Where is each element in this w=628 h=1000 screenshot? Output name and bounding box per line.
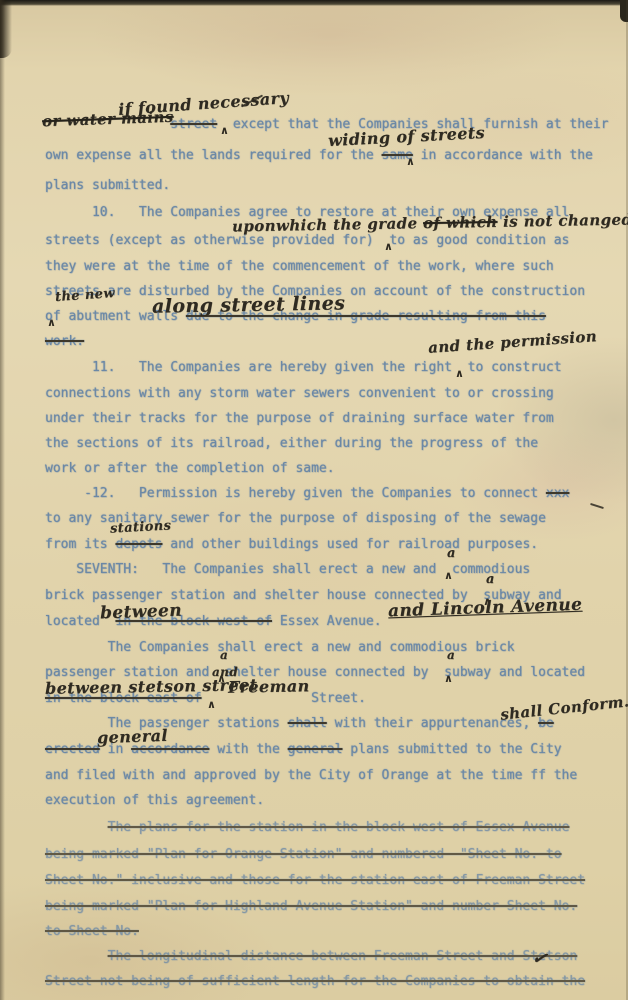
- handwritten-annotation: the new: [55, 286, 116, 305]
- text-segment: along street lines: [152, 292, 346, 317]
- typed-line: The Companies shall erect a new and comm…: [45, 640, 515, 655]
- caret-insertion-mark: ∧: [444, 674, 453, 684]
- text-segment: SEVENTH: The Companies shall erect a new…: [45, 562, 530, 577]
- caret-insertion-mark: ∧: [455, 369, 464, 379]
- text-segment: is not changed: [497, 211, 628, 231]
- struck-text: of which: [423, 213, 498, 232]
- scan-edge-left: [0, 0, 5, 1000]
- struck-text: Street not being of sufficient length fo…: [45, 974, 585, 989]
- struck-text: to Sheet No.: [45, 924, 139, 939]
- struck-text: depots: [115, 537, 162, 552]
- text-segment: and other buildings used for railroad pu…: [162, 537, 538, 552]
- text-segment: plans submitted.: [45, 178, 170, 193]
- typed-line: being marked "Plan for Highland Avenue S…: [45, 899, 577, 914]
- text-segment: own expense all the lands required for t…: [45, 148, 382, 163]
- caret-insertion-mark: ∧: [47, 318, 56, 328]
- handwritten-annotation: a: [447, 546, 456, 561]
- text-segment: and filed with and approved by the City …: [45, 768, 577, 783]
- handwritten-annotation: Freeman: [228, 676, 310, 696]
- struck-text: erected: [45, 742, 100, 757]
- typed-line: SEVENTH: The Companies shall erect a new…: [45, 562, 530, 577]
- caret-insertion-mark: ∧: [384, 242, 393, 252]
- caret-insertion-mark: ∧: [207, 700, 216, 710]
- struck-text: street: [170, 117, 217, 132]
- typed-line: being marked "Plan for Orange Station" a…: [45, 847, 562, 862]
- typed-line: streets (except as otherwise provided fo…: [45, 233, 569, 248]
- typed-line: work or after the completion of same.: [45, 461, 335, 476]
- typed-line: and filed with and approved by the City …: [45, 768, 577, 783]
- handwritten-annotation: and the permission: [428, 327, 598, 357]
- struck-text: being marked "Plan for Highland Avenue S…: [45, 899, 577, 914]
- struck-text: The plans for the station in the block w…: [108, 820, 570, 835]
- text-segment: Freeman: [228, 676, 310, 696]
- text-segment: streets (except as otherwise provided fo…: [45, 233, 569, 248]
- struck-text: shall: [288, 716, 327, 731]
- struck-text: being marked "Plan for Orange Station" a…: [45, 847, 562, 862]
- text-segment: the new: [55, 286, 116, 305]
- typed-line: from its depots and other buildings used…: [45, 537, 538, 552]
- document-page: street except that the Companies shall f…: [0, 0, 628, 1000]
- struck-text: work.: [45, 334, 84, 349]
- caret-insertion-mark: ∧: [483, 597, 492, 607]
- typed-line: under their tracks for the purpose of dr…: [45, 411, 554, 426]
- handwritten-annotation: a: [220, 648, 228, 662]
- text-segment: the sections of its railroad, either dur…: [45, 436, 538, 451]
- handwritten-annotation: general: [97, 726, 168, 747]
- typed-line: Street not being of sufficient length fo…: [45, 974, 585, 989]
- caret-insertion-mark: ∧: [444, 571, 453, 581]
- pen-stroke-mark: [590, 503, 604, 509]
- caret-insertion-mark: ∧: [406, 157, 415, 167]
- text-segment: a: [447, 546, 456, 561]
- text-segment: a: [220, 648, 228, 662]
- text-segment: connections with any storm water sewers …: [45, 386, 554, 401]
- text-segment: 11. The Companies are hereby given the r…: [45, 360, 562, 375]
- struck-text: Sheet No." inclusive and those for the s…: [45, 873, 585, 888]
- text-segment: from its: [45, 537, 115, 552]
- text-segment: ✓: [530, 947, 550, 971]
- typed-line: located in the block west of Essex Avenu…: [45, 614, 382, 629]
- text-segment: Essex Avenue.: [272, 614, 382, 629]
- text-segment: shall Conform.: [499, 692, 628, 723]
- caret-insertion-mark: ∧: [217, 674, 226, 684]
- typed-line: the sections of its railroad, either dur…: [45, 436, 538, 451]
- text-segment: they were at the time of the commencemen…: [45, 259, 554, 274]
- typed-line: connections with any storm water sewers …: [45, 386, 554, 401]
- text-segment: -12. Permission is hereby given the Comp…: [45, 486, 546, 501]
- caret-insertion-mark: ∧: [220, 126, 229, 136]
- text-segment: stations: [110, 518, 172, 536]
- handwritten-annotation: along street lines: [152, 292, 346, 317]
- typed-line: plans submitted.: [45, 178, 170, 193]
- typed-line: own expense all the lands required for t…: [45, 148, 593, 163]
- text-segment: [45, 949, 108, 964]
- text-segment: a: [486, 572, 495, 587]
- text-segment: in accordance with the: [413, 148, 593, 163]
- handwritten-annotation: between: [100, 601, 183, 624]
- struck-text: xxx: [546, 486, 569, 501]
- typed-line: The longitudinal distance between Freema…: [45, 949, 577, 964]
- text-segment: a: [447, 648, 455, 662]
- typed-line: The plans for the station in the block w…: [45, 820, 569, 835]
- handwritten-annotation: ✓: [530, 947, 550, 971]
- text-segment: [45, 820, 108, 835]
- text-segment: under their tracks for the purpose of dr…: [45, 411, 554, 426]
- text-segment: general: [97, 726, 168, 747]
- typed-line: -12. Permission is hereby given the Comp…: [45, 486, 569, 501]
- text-segment: work or after the completion of same.: [45, 461, 335, 476]
- handwritten-annotation: stations: [110, 518, 172, 536]
- typed-line: 11. The Companies are hereby given the r…: [45, 360, 562, 375]
- typed-line: to Sheet No.: [45, 924, 139, 939]
- text-segment: The Companies shall erect a new and comm…: [45, 640, 515, 655]
- struck-text: The longitudinal distance between Freema…: [108, 949, 578, 964]
- handwritten-annotation: shall Conform.: [499, 692, 628, 723]
- typed-line: work.: [45, 334, 84, 349]
- text-segment: between: [100, 601, 183, 624]
- text-segment: plans submitted to the City: [342, 742, 561, 757]
- text-segment: and the permission: [428, 327, 598, 357]
- text-segment: with the: [209, 742, 287, 757]
- typed-line: execution of this agreement.: [45, 793, 264, 808]
- typed-line: Sheet No." inclusive and those for the s…: [45, 873, 585, 888]
- struck-text: general: [288, 742, 343, 757]
- text-segment: execution of this agreement.: [45, 793, 264, 808]
- scan-edge-top: [0, 0, 628, 6]
- text-segment: uponwhich the grade: [232, 214, 423, 235]
- handwritten-annotation: a: [486, 572, 495, 587]
- handwritten-annotation: a: [447, 648, 455, 662]
- typed-line: they were at the time of the commencemen…: [45, 259, 554, 274]
